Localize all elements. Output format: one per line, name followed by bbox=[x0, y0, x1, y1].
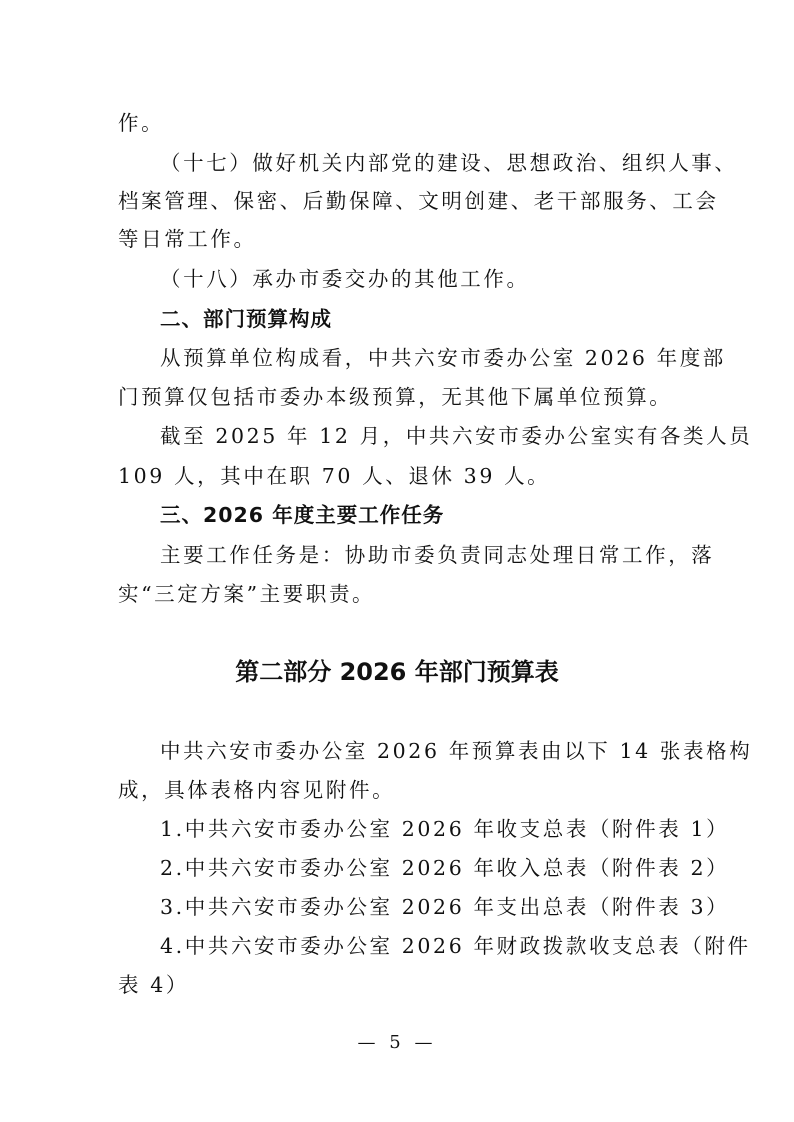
paragraph-line: 主要工作任务是：协助市委负责同志处理日常工作，落 bbox=[160, 542, 720, 568]
page-number: — 5 — bbox=[0, 1032, 794, 1053]
paragraph-line: （十八）承办市委交办的其他工作。 bbox=[160, 266, 720, 292]
paragraph-line: 实“三定方案”主要职责。 bbox=[118, 581, 678, 607]
paragraph-line: 等日常工作。 bbox=[118, 226, 678, 252]
paragraph-line: 109 人，其中在职 70 人、退休 39 人。 bbox=[118, 463, 678, 489]
paragraph-line: （十七）做好机关内部党的建设、思想政治、组织人事、 bbox=[160, 150, 720, 176]
paragraph-line: 作。 bbox=[118, 110, 678, 136]
list-item: 2.中共六安市委办公室 2026 年收入总表（附件表 2） bbox=[160, 855, 720, 881]
section-heading: 二、部门预算构成 bbox=[160, 306, 720, 332]
part-title: 第二部分 2026 年部门预算表 bbox=[0, 657, 794, 687]
section-heading: 三、2026 年度主要工作任务 bbox=[160, 502, 720, 528]
paragraph-line: 成，具体表格内容见附件。 bbox=[118, 777, 678, 803]
paragraph-line: 中共六安市委办公室 2026 年预算表由以下 14 张表格构 bbox=[160, 738, 720, 764]
paragraph-line: 从预算单位构成看，中共六安市委办公室 2026 年度部 bbox=[160, 345, 720, 371]
list-item-continuation: 表 4） bbox=[118, 972, 678, 998]
paragraph-line: 门预算仅包括市委办本级预算，无其他下属单位预算。 bbox=[118, 384, 678, 410]
list-item: 4.中共六安市委办公室 2026 年财政拨款收支总表（附件 bbox=[160, 933, 720, 959]
paragraph-line: 截至 2025 年 12 月，中共六安市委办公室实有各类人员 bbox=[160, 423, 720, 449]
paragraph-line: 档案管理、保密、后勤保障、文明创建、老干部服务、工会 bbox=[118, 188, 678, 214]
list-item: 1.中共六安市委办公室 2026 年收支总表（附件表 1） bbox=[160, 816, 720, 842]
list-item: 3.中共六安市委办公室 2026 年支出总表（附件表 3） bbox=[160, 894, 720, 920]
